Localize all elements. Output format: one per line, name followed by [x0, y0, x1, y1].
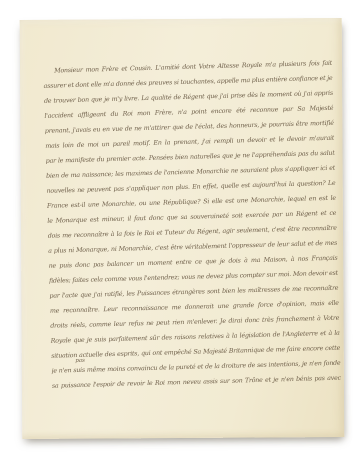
- letter-photo: Monsieur mon Frère et Cousin. L'amitié d…: [0, 0, 362, 460]
- manuscript-text: Monsieur mon Frère et Cousin. L'amitié d…: [43, 56, 341, 394]
- interlinear-insertion: pas: [75, 358, 85, 364]
- letter-paper: Monsieur mon Frère et Cousin. L'amitié d…: [20, 18, 345, 439]
